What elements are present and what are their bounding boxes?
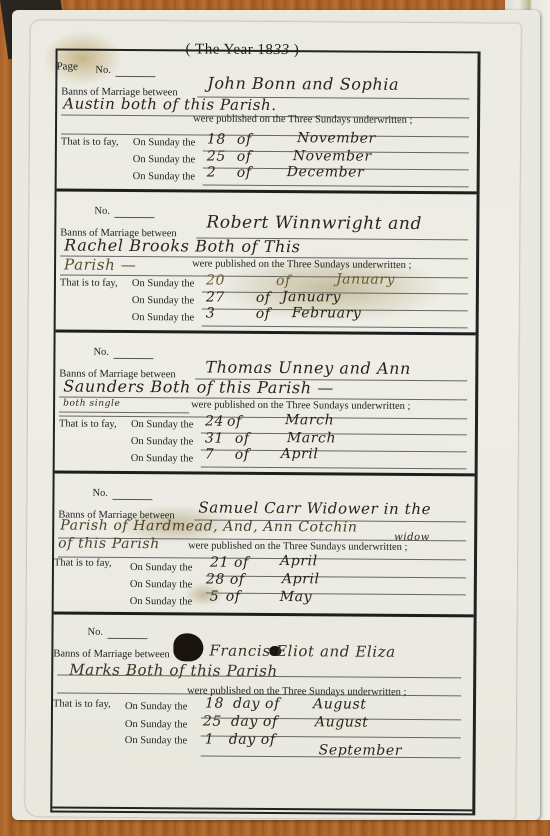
sunday-label-3: On Sunday the (132, 312, 194, 323)
names-line-2: Austin both of this Parish. (63, 95, 277, 114)
sunday-1-of: of (276, 273, 291, 289)
sunday-label-2: On Sunday the (131, 436, 193, 447)
sunday-1-month: November (297, 130, 376, 147)
sunday-2-month: April (282, 571, 320, 587)
names-line-1: Samuel Carr Widower in the (198, 498, 431, 518)
no-label: No. (92, 488, 108, 499)
sunday-1-day: 21 (210, 555, 229, 571)
sunday-3-day: 1 (205, 732, 215, 748)
banns-entry-5: No. Banns of Marriage between Francis El… (52, 614, 473, 811)
sunday-1-of: day of (233, 696, 280, 712)
sunday-3-of: of (226, 589, 241, 605)
banns-label: Banns of Marriage between (53, 648, 169, 660)
sunday-3-of: of (235, 447, 250, 463)
sunday-label-2: On Sunday the (133, 154, 195, 165)
that-is-to-say-label: That is to fay, (59, 419, 117, 430)
sunday-1-month: August (313, 696, 367, 712)
sunday-label-1: On Sunday the (132, 278, 194, 289)
published-label: were published on the Three Sundays unde… (192, 258, 411, 271)
names-line-2: Rachel Brooks Both of This (64, 236, 300, 257)
sunday-3-day: 7 (205, 447, 215, 463)
published-label: were published on the Three Sundays unde… (193, 113, 412, 126)
banns-entry-4: No. Banns of Marriage between Samuel Car… (54, 473, 475, 617)
sunday-2-of: of (230, 572, 245, 588)
sunday-label-1: On Sunday the (131, 419, 193, 430)
sunday-2-day: 25 (203, 714, 222, 730)
sunday-2-day: 27 (206, 290, 225, 306)
that-is-to-say-label: That is to fay, (54, 557, 112, 568)
sunday-label-1: On Sunday the (130, 562, 192, 573)
sunday-label-3: On Sunday the (125, 735, 187, 746)
sunday-1-month: January (336, 271, 395, 287)
sunday-2-month: March (287, 430, 336, 446)
sunday-1-day: 20 (206, 273, 225, 289)
that-is-to-say-label: That is to fay, (61, 137, 119, 148)
sunday-label-3: On Sunday the (133, 171, 195, 182)
sunday-3-day: 2 (207, 165, 217, 181)
sunday-label-2: On Sunday the (132, 295, 194, 306)
sunday-2-of: of (237, 149, 252, 165)
ink-blot (173, 633, 203, 661)
sunday-label-2: On Sunday the (130, 579, 192, 590)
that-is-to-say-label: That is to fay, (53, 698, 111, 709)
sunday-label-2: On Sunday the (125, 719, 187, 730)
sunday-2-day: 28 (206, 572, 225, 588)
sunday-2-of: of (256, 290, 271, 306)
sunday-2-day: 25 (207, 149, 226, 165)
names-line-3: of this Parish (58, 536, 160, 553)
sunday-3-day: 3 (206, 306, 216, 322)
names-line-1: Francis Eliot and Eliza (209, 642, 396, 661)
no-label: No. (87, 627, 103, 638)
that-is-to-say-label: That is to fay, (60, 278, 118, 289)
sunday-1-of: of (227, 414, 242, 430)
register-frame: No. Banns of Marriage between John Bonn … (50, 48, 480, 815)
sunday-3-month: April (281, 446, 319, 462)
sunday-2-month: November (293, 148, 372, 165)
sunday-2-day: 31 (205, 431, 224, 447)
no-label: No. (93, 347, 109, 358)
sunday-3-of: day of (229, 732, 276, 748)
sunday-3-month: May (280, 589, 313, 605)
sunday-1-month: April (280, 553, 318, 569)
sunday-1-day: 18 (205, 696, 224, 712)
sunday-1-month: March (285, 412, 334, 428)
sunday-label-3: On Sunday the (130, 596, 192, 607)
register-page: ( The Year 1833 ) Page No. Banns of Marr… (25, 20, 521, 819)
names-line-2: Marks Both of this Parish (69, 661, 278, 680)
no-label: No. (95, 65, 111, 76)
names-line-2: Saunders Both of this Parish — (63, 377, 334, 398)
sunday-label-1: On Sunday the (133, 137, 195, 148)
sunday-3-day: 5 (210, 589, 220, 605)
names-line-1: Thomas Unney and Ann (205, 358, 411, 378)
names-line-1: John Bonn and Sophia (207, 74, 399, 94)
sunday-1-day: 24 (205, 414, 224, 430)
banns-entry-2: No. Banns of Marriage between Robert Win… (56, 191, 477, 335)
sunday-3-of: of (256, 306, 271, 322)
sunday-2-of: day of (231, 714, 278, 730)
sunday-label-1: On Sunday the (125, 701, 187, 712)
sunday-1-of: of (237, 132, 252, 148)
banns-entry-1: No. Banns of Marriage between John Bonn … (57, 50, 478, 194)
names-line-3: both single (63, 399, 120, 409)
sunday-1-of: of (234, 555, 249, 571)
sunday-3-of: of (237, 165, 252, 181)
sunday-3-month: February (292, 305, 362, 321)
no-label: No. (94, 206, 110, 217)
sunday-2-month: January (282, 289, 341, 305)
banns-entry-3: No. Banns of Marriage between Thomas Unn… (55, 332, 476, 476)
sunday-label-3: On Sunday the (131, 453, 193, 464)
names-line-3: Parish — (64, 256, 136, 275)
sunday-3-month: December (287, 164, 365, 181)
names-line-2: Parish of Hardmead, And, Ann Cotchin (60, 518, 357, 536)
sunday-2-of: of (235, 431, 250, 447)
sunday-2-month: August (315, 714, 369, 730)
sunday-1-day: 18 (207, 132, 226, 148)
names-line-1: Robert Winnwright and (206, 213, 422, 235)
published-label: were published on the Three Sundays unde… (191, 399, 410, 412)
published-label: were published on the Three Sundays unde… (188, 540, 407, 553)
